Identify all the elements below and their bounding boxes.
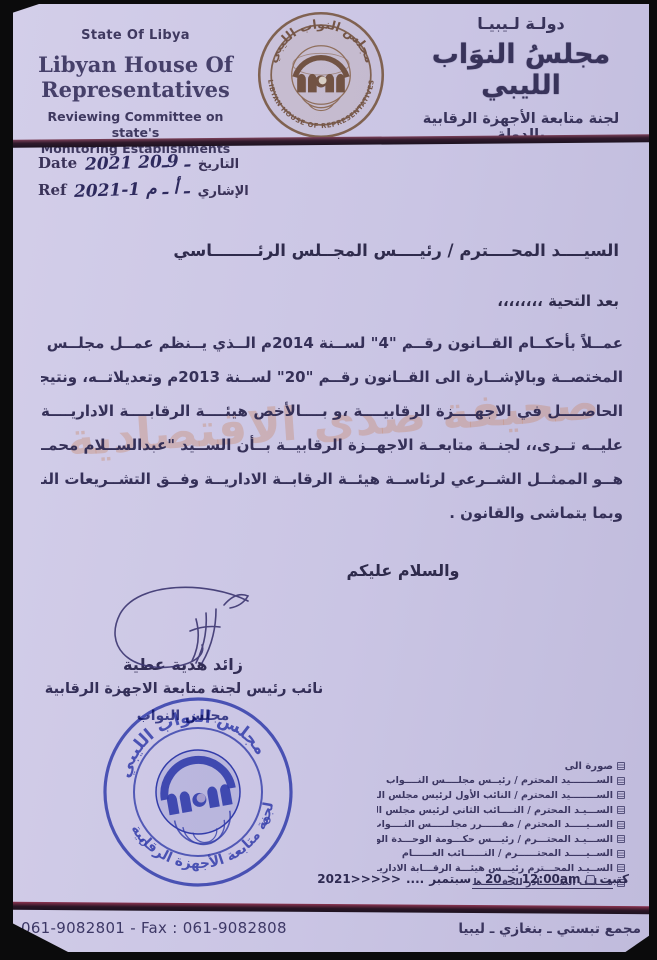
footer-phone-fax: 061-9082801 - Fax : 061-9082808 [21,919,287,937]
date-label-en: Date [38,154,77,172]
timestamp-separator: > [507,872,517,886]
timestamp-month: سبتمبر [429,872,471,886]
ref-label-ar: الإشاري [198,184,249,199]
cc-bullet-icon [617,850,625,858]
cc-header-row: صورة الى [377,759,625,774]
cc-item-row: الســيـــــد المحتــــــرم / النــــــائ… [377,847,625,862]
cc-header-label: صورة الى [565,761,613,772]
footer-address: مجمع تبستي ـ بنغازي ـ ليبيا [458,921,641,937]
header-en-country: State Of Libya [23,28,248,43]
photo-edge [13,4,42,13]
ref-label-en: Ref [38,181,66,199]
salutation: السيــــد المحــــترم / رئيــــس المجــل… [173,241,619,260]
cc-item-label: الســــــــيد المحترم / النائب الأول لرئ… [377,790,613,801]
cc-bullet-icon [617,821,625,829]
cc-distribution-list: صورة الى الســــــــيد المحترم / رئيــس … [377,759,625,890]
cc-item-label: الســــــــيد المحترم / رئيــس مجلــــس … [386,775,613,786]
body-line: الحاصــــل في الاجهــــزة الرقابيــــة ،… [41,394,623,428]
timestamp-year: 2021>>>>> [317,872,401,886]
cc-item-row: الســـيـد المحترم / النــــائب الثاني لر… [377,803,625,818]
letter-page: State Of Libya Libyan House Of Represent… [13,4,649,952]
ref-value-handwritten: 2021-1 ـ أ ـ م [74,178,190,202]
date-row: Date 2021 ـ 9ـ20 التاريخ [38,153,338,180]
timestamp-label: كتبت [600,872,629,886]
greeting: بعد التحية ،،،،،،،، [497,292,619,310]
date-label-ar: التاريخ [198,157,239,172]
date-ref-block: Date 2021 ـ 9ـ20 التاريخ Ref 2021-1 ـ أ … [38,153,338,207]
committee-stamp-icon: مجلس النواب الليبي لجنة متابعة الأجهزة ا… [65,673,330,911]
footer: 061-9082801 - Fax : 061-9082808 مجمع تبس… [21,919,641,937]
ref-row: Ref 2021-1 ـ أ ـ م الإشاري [38,180,338,207]
header-ar-country: دولـة لـيبيـا [399,14,643,33]
cc-bullet-icon [617,791,625,799]
cc-item-label: الســيـــــد المحتــــــرم / النــــــائ… [402,848,613,859]
cc-item-row: الســـيـد المحتـــرم / رئيـــس حكـــومة … [377,832,625,847]
house-of-representatives-seal-icon: مجلس النواب الليبي LIBYAN HOUSE OF REPRE… [256,10,386,140]
cc-item-row: الســــــــيد المحترم / النائب الأول لرئ… [377,788,625,803]
header-en-committee: Reviewing Committee on state's Monitorin… [23,109,248,156]
cc-item-label: الســـيـد المحترم / النــــائب الثاني لر… [377,805,613,816]
header-en-org: Libyan House Of Representatives [23,52,248,102]
letter-body: عمــلاً بأحكــام القــانون رقــم "4" لسـ… [41,326,623,530]
timestamp-day: . 20 [476,872,501,886]
body-line: المختصــة وبالإشــارة الى القــانون رقــ… [41,360,623,394]
header-ar-org: مجلسُ النوَاب الليبي [399,39,643,101]
cc-bullet-icon [617,806,625,814]
clock-icon [586,875,595,884]
footer-divider [13,902,649,914]
cc-bullet-icon [617,777,625,785]
timestamp-time: 12:00am [522,872,581,886]
closing-phrase: والسلام عليكم [346,561,459,580]
print-timestamp: 2021>>>>> .... سبتمبر . 20 > 12:00am كتب… [317,872,629,886]
cc-item-label: الســيـــــد المحترم / مقــــــرر مجلـــ… [377,819,613,830]
header-en-org-line2: Representatives [23,77,248,102]
cc-item-label: الســـيـد المحتـــرم / رئيـــس حكـــومة … [377,834,613,845]
date-value-handwritten: 2021 ـ 9ـ20 [85,151,190,175]
header-en-org-line1: Libyan House Of [23,52,248,77]
body-line: عليــه تــرى،، لجنــة متابعــة الاجهــزة… [41,428,623,462]
cc-item-row: الســيـــــد المحترم / مقــــــرر مجلـــ… [377,817,625,832]
body-line: هــو الممثــل الشــرعي لرئاســة هيئــة ا… [41,462,623,496]
cc-bullet-icon [617,762,625,770]
photo-edge [624,935,649,952]
cc-item-row: الســــــــيد المحترم / رئيــس مجلــــس … [377,774,625,789]
header-arabic: دولـة لـيبيـا مجلسُ النوَاب الليبي لجنة … [399,14,643,143]
timestamp-dots: .... [406,872,424,886]
handwritten-signature [98,579,273,674]
body-line: وبما يتماشى والقانون . [41,496,623,530]
header-en-committee-line1: Reviewing Committee on state's [23,109,248,140]
body-line: عمــلاً بأحكــام القــانون رقــم "4" لسـ… [41,326,623,360]
header-english: State Of Libya Libyan House Of Represent… [23,28,248,156]
cc-bullet-icon [617,835,625,843]
